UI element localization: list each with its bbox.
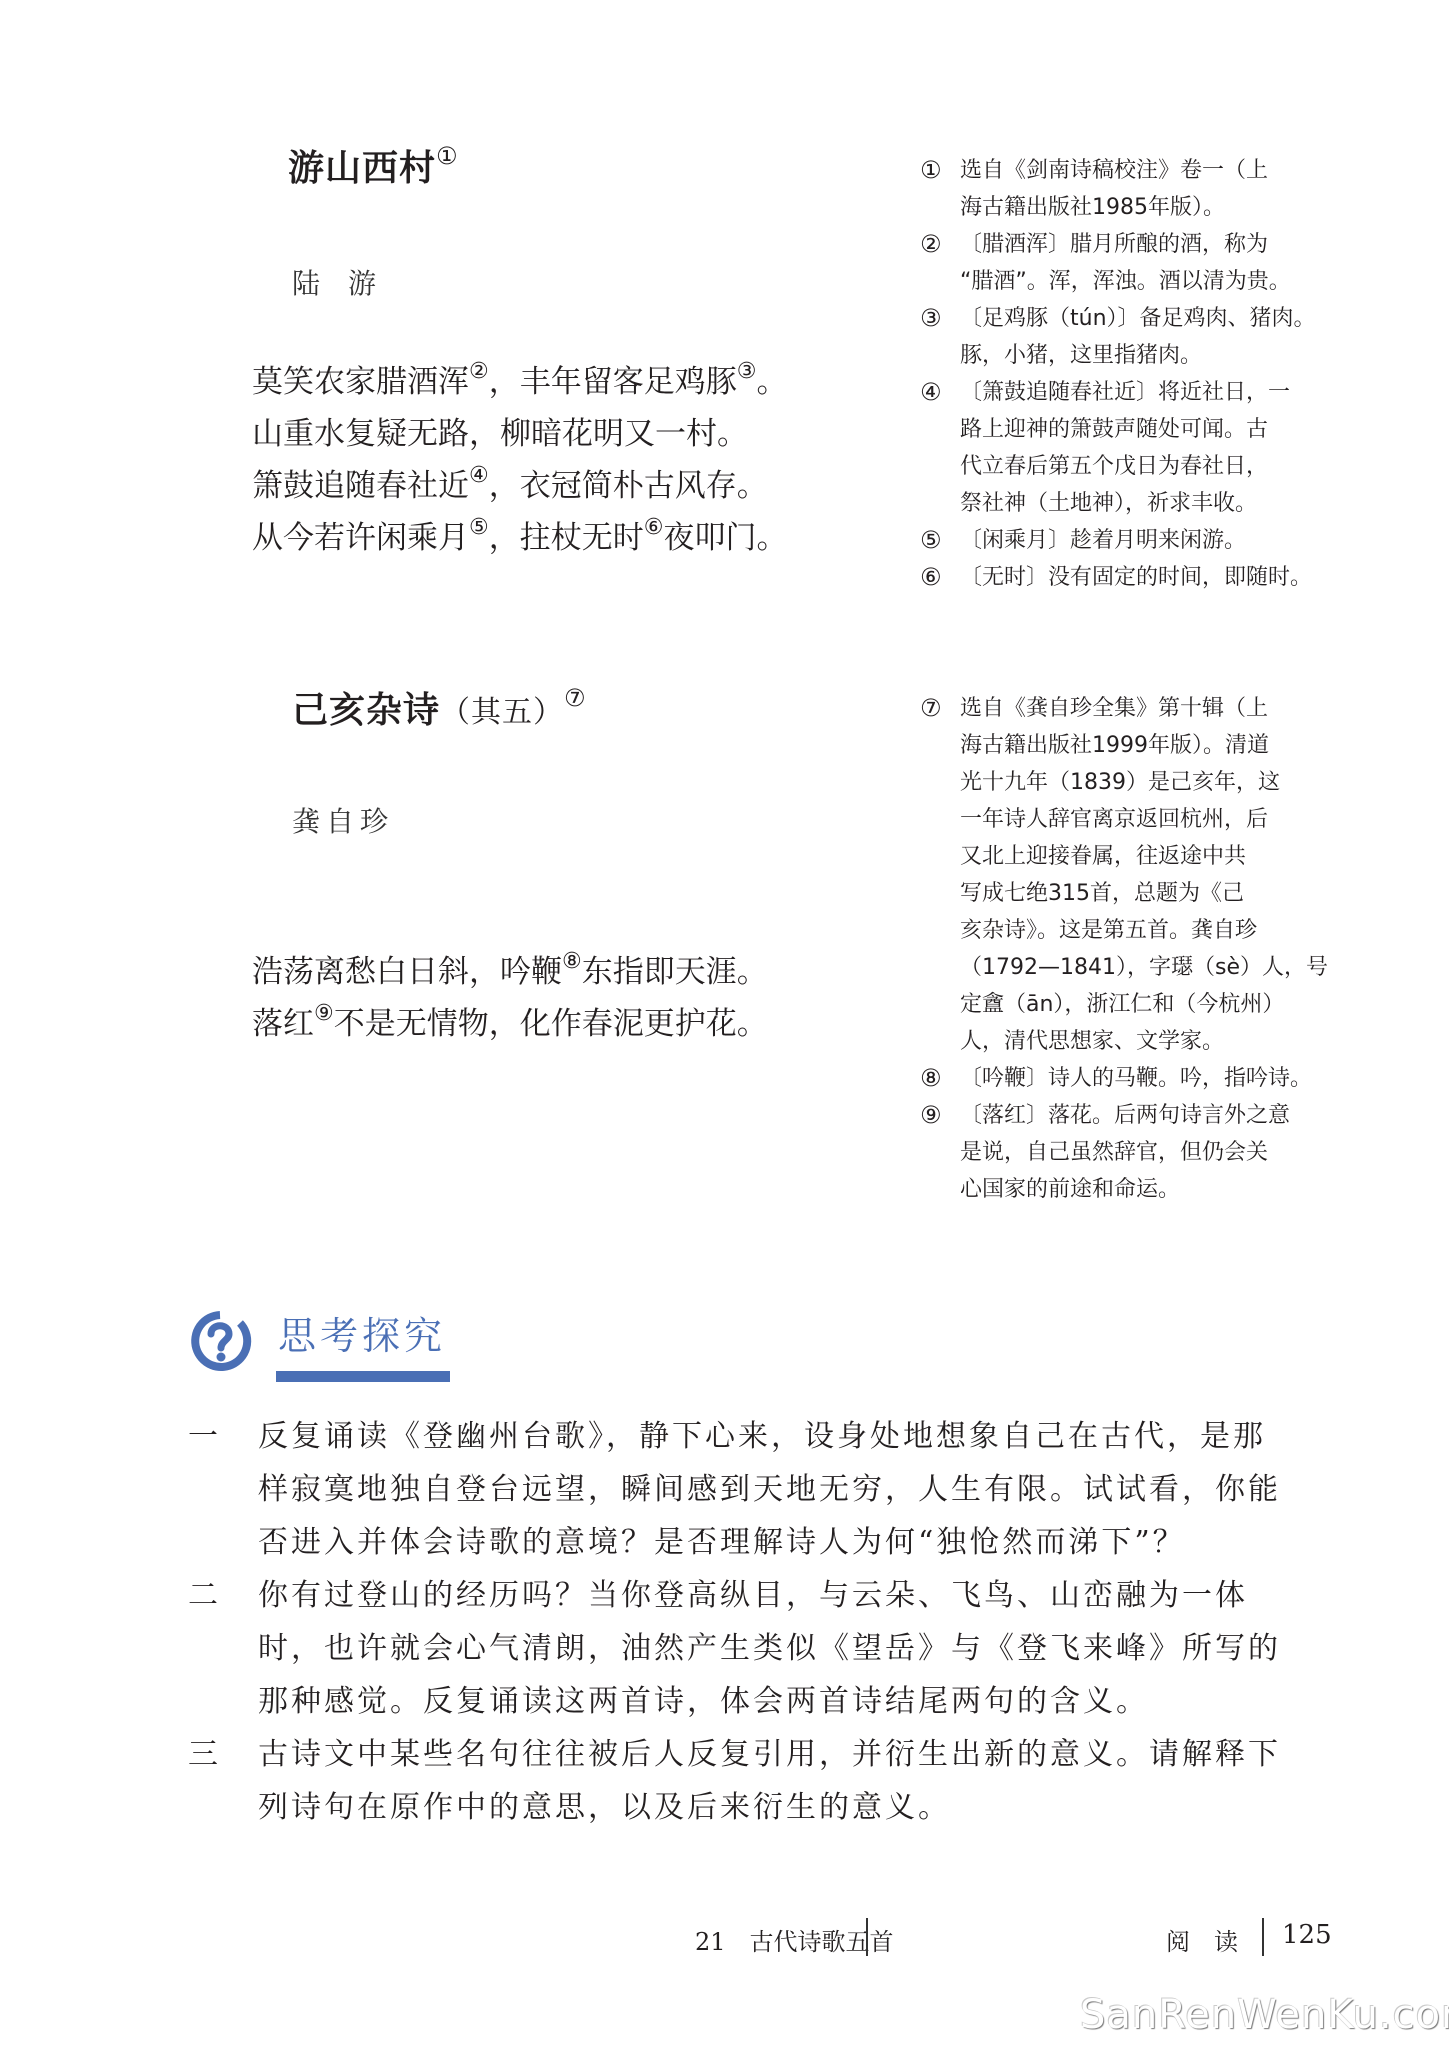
footnote-number: ① — [920, 152, 956, 189]
poem-subtitle: （其五） — [440, 695, 564, 730]
footnote-number: ⑥ — [920, 559, 956, 596]
footer-lesson-title: 21 古代诗歌五首 — [695, 1922, 894, 1957]
poem-body-1: 莫笑农家腊酒浑②，丰年留客足鸡豚③。 山重水复疑无路，柳暗花明又一村。 箫鼓追随… — [252, 356, 787, 564]
poem-author-1: 陆 游 — [292, 262, 376, 302]
question-number: 二 — [188, 1569, 218, 1622]
footnote-7: ⑦ 选自《龚自珍全集》第十辑（上 海古籍出版社1999年版）。清道 光十九年（1… — [920, 690, 1340, 1060]
poem-line: 山重水复疑无路，柳暗花明又一村。 — [252, 408, 787, 460]
poem-line: 箫鼓追随春社近④，衣冠简朴古风存。 — [252, 460, 787, 512]
footnote-ref[interactable]: ② — [469, 359, 489, 384]
footnote-ref[interactable]: ③ — [737, 359, 757, 384]
question-1: 一 反复诵读《登幽州台歌》，静下心来，设身处地想象自己在古代，是那 样寂寞地独自… — [188, 1410, 1338, 1569]
poem-line: 浩荡离愁白日斜，吟鞭⑧东指即天涯。 — [252, 946, 768, 998]
footnote-ref[interactable]: ④ — [469, 463, 489, 488]
footnote-3: ③ 〔足鸡豚（tún）〕备足鸡肉、猪肉。 豚，小猪，这里指猪肉。 — [920, 300, 1340, 374]
poem-title-1: 游山西村① — [288, 150, 459, 186]
footer-divider — [866, 1918, 868, 1956]
poem-line: 从今若许闲乘月⑤，拄杖无时⑥夜叩门。 — [252, 512, 787, 564]
question-2: 二 你有过登山的经历吗？当你登高纵目，与云朵、飞鸟、山峦融为一体 时，也许就会心… — [188, 1569, 1338, 1728]
poem-author-2: 龚自珍 — [292, 800, 394, 840]
footnote-ref[interactable]: ⑦ — [564, 684, 587, 712]
footnote-2: ② 〔腊酒浑〕腊月所酿的酒，称为 “腊酒”。浑，浑浊。酒以清为贵。 — [920, 226, 1340, 300]
footnote-number: ⑧ — [920, 1060, 956, 1097]
footnotes-poem-2: ⑦ 选自《龚自珍全集》第十辑（上 海古籍出版社1999年版）。清道 光十九年（1… — [920, 690, 1340, 1208]
question-number: 三 — [188, 1728, 218, 1781]
footnote-9: ⑨ 〔落红〕落花。后两句诗言外之意 是说，自己虽然辞官，但仍会关 心国家的前途和… — [920, 1097, 1340, 1208]
footnote-number: ⑨ — [920, 1097, 956, 1134]
footnote-ref[interactable]: ⑤ — [469, 515, 489, 540]
footnote-8: ⑧ 〔吟鞭〕诗人的马鞭。吟，指吟诗。 — [920, 1060, 1340, 1097]
title-underline-bar — [276, 1371, 450, 1382]
footnote-4: ④ 〔箫鼓追随春社近〕将近社日，一 路上迎神的箫鼓声随处可闻。古 代立春后第五个… — [920, 374, 1340, 522]
footnote-5: ⑤ 〔闲乘月〕趁着月明来闲游。 — [920, 522, 1340, 559]
footnote-number: ② — [920, 226, 956, 263]
question-3: 三 古诗文中某些名句往往被后人反复引用，并衍生出新的意义。请解释下 列诗句在原作… — [188, 1728, 1338, 1834]
footnote-ref[interactable]: ⑨ — [314, 1001, 334, 1026]
poem-title-2: 己亥杂诗（其五）⑦ — [292, 692, 587, 728]
footnote-number: ④ — [920, 374, 956, 411]
poem-title-text: 游山西村 — [288, 147, 436, 189]
explore-section-title: 思考探究 — [278, 1305, 446, 1360]
footnote-6: ⑥ 〔无时〕没有固定的时间，即随时。 — [920, 559, 1340, 596]
footnote-number: ③ — [920, 300, 956, 337]
watermark: SanRenWenKu.com — [1080, 1992, 1449, 2038]
footer-divider — [1262, 1918, 1264, 1956]
poem-line: 莫笑农家腊酒浑②，丰年留客足鸡豚③。 — [252, 356, 787, 408]
footnote-ref[interactable]: ⑥ — [644, 515, 664, 540]
footnote-ref[interactable]: ① — [436, 142, 459, 170]
footer-section-name: 阅 读 — [1166, 1922, 1238, 1957]
footnote-ref[interactable]: ⑧ — [562, 949, 582, 974]
footnotes-poem-1: ① 选自《剑南诗稿校注》卷一（上 海古籍出版社1985年版）。 ② 〔腊酒浑〕腊… — [920, 152, 1340, 596]
poem-body-2: 浩荡离愁白日斜，吟鞭⑧东指即天涯。 落红⑨不是无情物，化作春泥更护花。 — [252, 946, 768, 1050]
question-circle-icon — [188, 1309, 252, 1373]
poem-title-text: 己亥杂诗 — [292, 689, 440, 731]
poem-line: 落红⑨不是无情物，化作春泥更护花。 — [252, 998, 768, 1050]
page-number: 125 — [1282, 1920, 1332, 1950]
footnote-number: ⑤ — [920, 522, 956, 559]
footnote-1: ① 选自《剑南诗稿校注》卷一（上 海古籍出版社1985年版）。 — [920, 152, 1340, 226]
footnote-number: ⑦ — [920, 690, 956, 727]
question-number: 一 — [188, 1410, 218, 1463]
